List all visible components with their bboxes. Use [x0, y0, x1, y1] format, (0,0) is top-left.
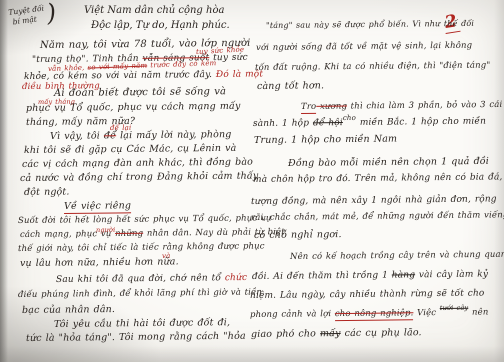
ink-text: hàng	[392, 270, 415, 280]
manuscript-photo: Tuyệt đối bí mật ) Việt Nam dân chủ cộng…	[0, 0, 504, 362]
ink-text: các cụ phụ lão.	[341, 327, 422, 339]
ink-text: càng tốt hơn.	[257, 80, 324, 92]
ink-text: tốn đất ruộng. Khi ta có nhiều điện, thì…	[255, 61, 490, 73]
handwritten-line: Nên có kế hoạch trồng cây trên và chung …	[290, 250, 504, 262]
handwritten-line: tượng đồng, mà nên xây 1 ngôi nhà giản đ…	[251, 194, 497, 207]
handwritten-line: Trung. 1 hộp cho miền Nam	[254, 134, 397, 146]
handwritten-line: tốn đất ruộng. Khi ta có nhiều điện, thì…	[255, 61, 490, 73]
page-right: "táng" sau này sẽ được phổ biến. Vì như …	[0, 0, 504, 362]
handwritten-line: đồi. Ai đến thăm thì trồng 1 hàng vài câ…	[252, 270, 488, 282]
ink-text: cho nông nghiệp.	[335, 308, 414, 321]
ink-text: phong cảnh và lợi	[250, 309, 335, 320]
ink-text: Đồng bào mỗi miền nên chọn 1 quả đồi	[288, 156, 489, 169]
ink-text: để hội	[313, 118, 343, 128]
ink-text: "táng" sau này sẽ được phổ biến. Vì như …	[266, 19, 474, 30]
ink-text: niệm. Lâu ngày, cây nhiều thành rừng sẽ …	[250, 289, 485, 301]
handwritten-line: sành. 1 hộp để hộicho miền Bắc. 1 hộp ch…	[253, 117, 486, 129]
ink-text: Trung. 1 hộp cho miền Nam	[254, 134, 397, 146]
ink-text: với người sống đã tốt về mặt vệ sinh, lạ…	[256, 41, 472, 53]
handwritten-line: niệm. Lâu ngày, cây nhiều thành rừng sẽ …	[250, 289, 485, 301]
ink-text: tưới cây	[440, 304, 469, 312]
ink-text: vài cây làm kỷ	[415, 270, 488, 281]
ink-text: sành. 1 hộp	[253, 118, 313, 129]
ink-text: tượng đồng, mà nên xây 1 ngôi nhà giản đ…	[251, 194, 497, 207]
ink-text: nên	[468, 308, 488, 318]
ink-text: mà chôn hộp tro đó. Trên mả, không nên c…	[253, 172, 503, 185]
handwritten-line: Đồng bào mỗi miền nên chọn 1 quả đồi	[288, 156, 489, 169]
ink-text: thì chia làm 3 phần, bỏ vào 3 cái	[347, 100, 502, 112]
ink-text: có chỗ nghỉ ngơi.	[254, 229, 342, 241]
handwritten-line: phong cảnh và lợi cho nông nghiệp. Việc …	[250, 308, 489, 320]
ink-text: đồi. Ai đến thăm thì trồng 1	[252, 271, 392, 282]
ink-text: Nên có kế hoạch trồng cây trên và chung …	[290, 250, 504, 262]
ink-text: xương	[316, 102, 347, 112]
handwritten-line: mà chôn hộp tro đó. Trên mả, không nên c…	[253, 172, 503, 185]
ink-text: mấy	[320, 328, 341, 339]
ink-text: miền Bắc. 1 hộp cho miền	[356, 117, 486, 128]
ink-text: rãi, chắc chắn, mát mẻ, để những người đ…	[251, 210, 504, 223]
handwritten-line: càng tốt hơn.	[257, 80, 324, 92]
handwritten-line: Tro xương thì chia làm 3 phần, bỏ vào 3 …	[301, 100, 502, 112]
handwritten-line: có chỗ nghỉ ngơi.	[254, 229, 342, 241]
handwritten-line: "táng" sau này sẽ được phổ biến. Vì như …	[266, 19, 474, 30]
ink-text: cho	[343, 113, 356, 122]
handwritten-line: giao phó cho mấy các cụ phụ lão.	[251, 327, 422, 340]
handwritten-line: rãi, chắc chắn, mát mẻ, để những người đ…	[251, 210, 504, 223]
ink-text: Tro	[301, 102, 316, 114]
ink-text: giao phó cho	[251, 328, 320, 340]
ink-text: Việc	[413, 308, 440, 318]
handwritten-line: với người sống đã tốt về mặt vệ sinh, lạ…	[256, 41, 472, 53]
